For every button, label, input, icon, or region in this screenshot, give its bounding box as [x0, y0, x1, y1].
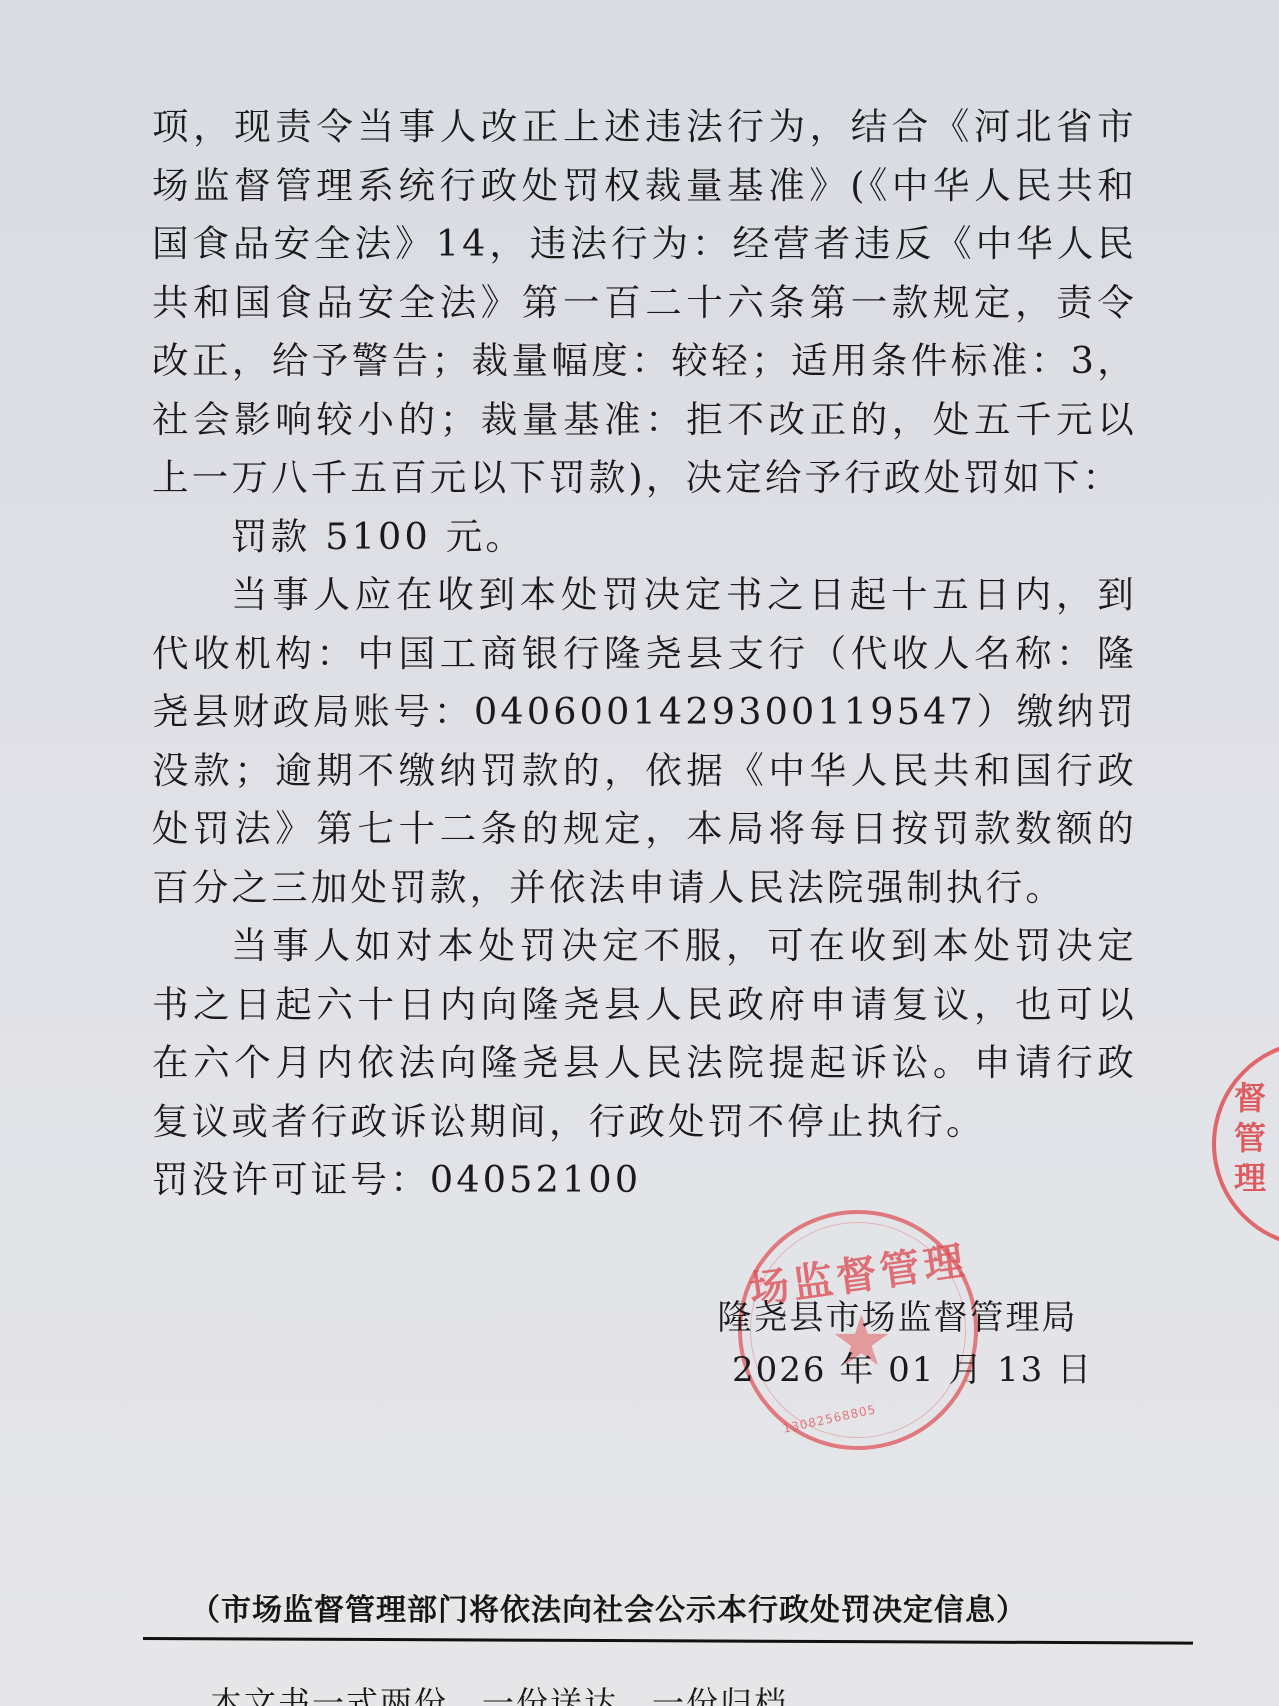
paragraph-payment: 当事人应在收到本处罚决定书之日起十五日内，到代收机构：中国工商银行隆尧县支行（代…: [152, 566, 1137, 917]
document-page: 项，现责令当事人改正上述违法行为，结合《河北省市场监督管理系统行政处罚权裁量基准…: [0, 0, 1279, 1706]
footer-copies-note: 本文书一式两份，一份送达，一份归档: [210, 1680, 788, 1706]
issuer-name: 隆尧县市场监督管理局: [702, 1292, 1093, 1344]
horizontal-divider: [143, 1637, 1193, 1645]
partial-seal-stamp: 督管理: [1212, 1040, 1279, 1248]
issue-date: 2026 年 01 月 13 日: [702, 1344, 1093, 1396]
public-notice: （市场监督管理部门将依法向社会公示本行政处罚决定信息）: [190, 1585, 1027, 1629]
license-number: 罚没许可证号：04052100: [152, 1151, 1137, 1210]
signature-block: 隆尧县市场监督管理局 2026 年 01 月 13 日: [702, 1292, 1093, 1396]
document-body: 项，现责令当事人改正上述违法行为，结合《河北省市场监督管理系统行政处罚权裁量基准…: [152, 98, 1137, 1210]
paragraph-penalty: 罚款 5100 元。: [152, 508, 1137, 567]
partial-seal-text: 督管理: [1234, 1078, 1270, 1198]
paragraph-decision-basis: 项，现责令当事人改正上述违法行为，结合《河北省市场监督管理系统行政处罚权裁量基准…: [152, 98, 1137, 508]
paragraph-appeal: 当事人如对本处罚决定不服，可在收到本处罚决定书之日起六十日内向隆尧县人民政府申请…: [152, 917, 1137, 1151]
